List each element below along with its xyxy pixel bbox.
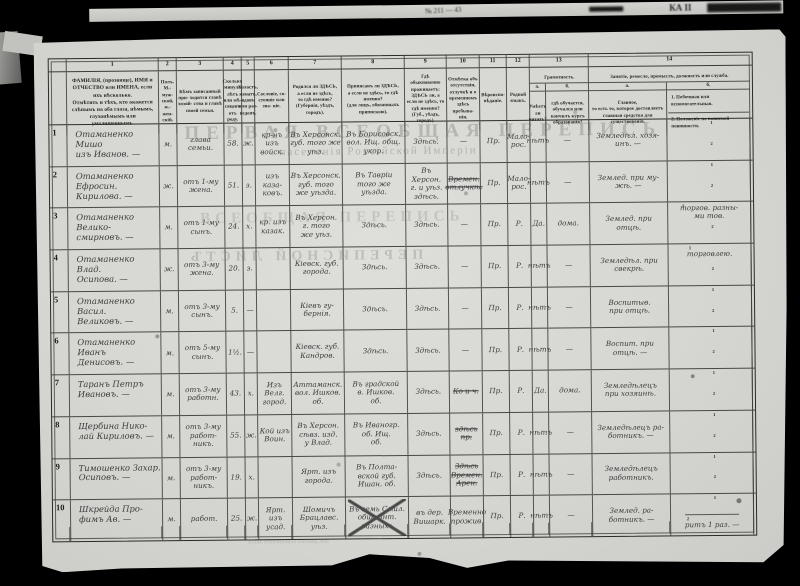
cell-education: дома. xyxy=(547,204,590,245)
cell-occupation-main: Земледѣл. при свекрѣ. xyxy=(590,244,668,285)
cell-religion: Пр. xyxy=(481,204,508,245)
cell-name: Тимошенко Захар. Осиповъ. — xyxy=(71,458,163,500)
row-number: 2 xyxy=(50,167,68,208)
table-row: 4 Отаманенко Влад. Осипова. — ж. отъ 3-м… xyxy=(51,244,754,292)
subcell-label-2: 2 xyxy=(712,266,714,271)
cell-birthplace: Въ Херсонск. губ. того же уѣз. xyxy=(289,123,342,164)
cell-name: Отаманенко Влад. Осипова. — xyxy=(69,249,161,291)
table-row: 1 Отаманенко Мишо изъ Иванов. — м. глава… xyxy=(49,119,752,167)
cell-marital: ж. xyxy=(245,415,258,456)
cell-religion: Пр. xyxy=(482,288,509,329)
cell-age: 51. xyxy=(225,165,243,206)
cell-education: — xyxy=(547,162,590,203)
subcell-label-2: 2 xyxy=(712,308,714,313)
cell-occupation-side: 1 2 xyxy=(670,410,753,451)
cell-occupation-main: Землед. при отцѣ. xyxy=(590,203,668,244)
cell-registration: Въ Борисовск. вол. Ищ. общ. укор. xyxy=(342,122,405,163)
cell-birthplace: Въ Херсон. сѣвз. изд. у Влад. xyxy=(292,414,345,455)
cell-registration: Въ Тавріи того же уѣзда. xyxy=(343,164,406,205)
table-row: 8 Щербина Нико- лай Кириловъ. — м. отъ 3… xyxy=(52,410,755,458)
cell-occupation-side: 1 2 xyxy=(669,285,752,326)
cell-education: — xyxy=(548,329,591,370)
header-literacy-title: Грамотность. xyxy=(530,74,589,85)
cell-occupation-main: Воспитыв. при отцѣ. xyxy=(591,286,669,327)
colnum-12: 12 xyxy=(507,55,530,67)
row-number: 1 xyxy=(49,125,67,166)
row-number: 8 xyxy=(52,417,70,458)
cell-occupation-main: Земледѣлецъ ра- ботникъ. — xyxy=(592,411,670,452)
cell-can-read: нѣтъ xyxy=(531,246,547,287)
cell-estate xyxy=(258,457,292,498)
row-number: 3 xyxy=(50,209,68,250)
cell-occupation-main: Земледѣл. хозя- инъ. — xyxy=(589,119,667,160)
cell-sex: м. xyxy=(162,416,180,457)
table-row: 6 Отаманенко Иванъ Денисовъ. — м. отъ 5-… xyxy=(51,327,754,375)
cell-sex: м. xyxy=(162,374,180,415)
cell-estate xyxy=(257,331,291,372)
side-subcell-1: 1 торгов. разны- ми тов. xyxy=(680,202,738,222)
cell-can-read: нѣтъ xyxy=(532,329,548,370)
strip-mark: КА II xyxy=(669,3,691,13)
subcell-label-2: 2 xyxy=(711,183,713,188)
cell-birthplace: Въ Херсон. г. того же уѣз. xyxy=(290,206,343,247)
cell-age: 55. xyxy=(227,415,245,456)
cell-relation: отъ 3-му сынъ. xyxy=(179,290,226,331)
scanned-census-sheet: № 211 — 43 КА II ПЕРВАЯ ВСЕОБЩАЯ ПЕРЕПИС… xyxy=(0,0,800,586)
ink-blot xyxy=(707,2,781,12)
cell-occupation-side: 1 2 xyxy=(670,369,753,410)
cell-age: 43. xyxy=(227,374,245,415)
cell-can-read: нѣтъ xyxy=(533,454,549,495)
census-page: ПЕРВАЯ ВСЕОБЩАЯ ПЕРЕПИСЬ населенія Россі… xyxy=(33,29,790,572)
subcell-label-2: 2 xyxy=(713,433,715,438)
cell-education: — xyxy=(549,454,592,495)
cell-age: 19. xyxy=(228,457,246,498)
subcell-label-2: 2 xyxy=(712,349,714,354)
subcell-label-2: 2 xyxy=(711,224,713,229)
subcell-label-1: 1 xyxy=(711,162,713,167)
cell-language: Р. xyxy=(510,371,533,412)
cell-registration: Въ Иваногр. об. Ищ. об. xyxy=(345,414,408,455)
table-header: ФАМИЛІЯ, (прозвище), ИМЯ и ОТЧЕСТВО или … xyxy=(49,66,752,126)
row-number: 4 xyxy=(51,250,69,291)
colnum-6: 6 xyxy=(255,57,289,69)
colnum-5: 5 xyxy=(242,57,255,69)
cell-marital: з. xyxy=(243,165,256,206)
cell-registration: Здѣсь. xyxy=(343,205,406,246)
subcell-label-2: 2 xyxy=(714,474,716,479)
cell-sex: ж. xyxy=(160,166,178,207)
cell-education: — xyxy=(546,120,589,161)
cell-age: 20. xyxy=(225,249,243,290)
cell-relation: отъ 3-му работ- никъ. xyxy=(181,457,228,498)
cell-sex: м. xyxy=(161,291,179,332)
census-table: 1 2 3 4 5 6 7 8 9 10 11 12 13 14 xyxy=(48,52,758,543)
table-row: 3 Отаманенко Велико- смирновъ. — м. отъ … xyxy=(50,202,753,250)
cell-sex: м. xyxy=(161,333,179,374)
cell-residence: Здѣсь. xyxy=(407,330,449,371)
table-row: 7 Таранъ Петръ Ивановъ. — м. отъ 3-му ра… xyxy=(52,369,755,417)
strip-scribble: № 211 — 43 xyxy=(425,6,462,16)
row-number: 5 xyxy=(51,292,69,333)
cell-name: Отаманенко Васил. Великовъ. — xyxy=(69,291,161,333)
cell-absence: — xyxy=(448,205,481,246)
cell-marital: з. xyxy=(243,248,256,289)
cell-name: Отаманенко Иванъ Денисовъ. — xyxy=(69,333,161,375)
cell-absence: Времен. отлучкѣ. xyxy=(448,163,481,204)
row-number: 7 xyxy=(52,375,70,416)
cell-birthplace: Въ Херсонск. губ. того же уѣзда. xyxy=(290,164,343,205)
cell-can-read: Да. xyxy=(533,371,549,412)
cell-occupation-main: Воспит. при отцѣ. — xyxy=(591,328,669,369)
cell-residence: Здѣсь. xyxy=(407,288,449,329)
subcell-label-2: 2 xyxy=(710,141,712,146)
cell-birthplace: Кіевск. губ. Кандров. xyxy=(291,331,344,372)
cell-age: 1½. xyxy=(226,332,244,373)
cell-age: 24. xyxy=(225,207,243,248)
cell-registration: Здѣсь. xyxy=(343,247,406,288)
cell-birthplace: Аттаманск. вол. Ишков. об. xyxy=(292,373,345,414)
cell-religion: Пр. xyxy=(481,246,508,287)
cell-education: дома. xyxy=(549,370,592,411)
cell-marital: ж. xyxy=(242,123,255,164)
cell-name: Отаманенко Ефросин. Кирилова. — xyxy=(68,166,160,208)
cell-occupation-side: 1 торговлею. 2 xyxy=(668,244,751,285)
cell-education: — xyxy=(548,287,591,328)
cell-birthplace: Кіевск. губ. города. xyxy=(290,248,343,289)
cell-can-read: нѣтъ xyxy=(532,287,548,328)
cell-absence: — xyxy=(449,288,482,329)
table-row: 2 Отаманенко Ефросин. Кирилова. — ж. отъ… xyxy=(50,160,753,208)
colnum-9: 9 xyxy=(405,56,447,68)
cell-relation: отъ 3-му работ- никъ. xyxy=(180,415,227,456)
cell-residence: Здѣсь. xyxy=(406,247,448,288)
table-row: 5 Отаманенко Васил. Великовъ. — м. отъ 3… xyxy=(51,285,754,333)
cell-religion: Пр. xyxy=(481,163,508,204)
cell-marital: х. xyxy=(245,457,258,498)
cell-absence: — xyxy=(448,246,481,287)
cell-age: 5. xyxy=(226,290,244,331)
colnum-blank xyxy=(49,59,67,71)
cell-sex: ж. xyxy=(161,249,179,290)
cell-registration: Въ градской в. Ишков. об. xyxy=(345,372,408,413)
cell-religion: Пр. xyxy=(483,413,510,454)
table-body: 1 Отаманенко Мишо изъ Иванов. — м. глава… xyxy=(49,119,756,542)
cell-can-read: нѣтъ xyxy=(531,162,547,203)
cell-estate xyxy=(257,290,291,331)
colnum-8: 8 xyxy=(342,56,405,69)
cell-occupation-main: Земледѣлецъ при хозяинѣ. xyxy=(592,370,670,411)
cell-education: — xyxy=(549,412,592,453)
cell-registration: Здѣсь. xyxy=(344,330,407,371)
cell-residence: Здѣсь. xyxy=(408,413,450,454)
cell-marital: х. xyxy=(245,373,258,414)
cell-relation: отъ 1-му жена. xyxy=(178,165,225,206)
cell-side-occupation: торговлею. xyxy=(687,250,732,259)
underlying-page-edge: № 211 — 43 КА II xyxy=(89,0,783,21)
subcell-label-2: 2 xyxy=(713,391,715,396)
cell-sex: м. xyxy=(163,458,181,499)
cell-residence: Въ Херсон. г. и уѣз. здѣсь. xyxy=(406,163,448,204)
cell-name: Таранъ Петръ Ивановъ. — xyxy=(70,374,162,416)
cell-religion: Пр. xyxy=(480,121,507,162)
row-number: 6 xyxy=(51,334,69,375)
colnum-4: 4 xyxy=(224,58,242,70)
cell-absence: здѣсь пр. xyxy=(450,413,483,454)
colnum-2: 2 xyxy=(159,58,177,70)
cell-residence: Здѣсь. xyxy=(408,455,450,496)
cell-registration: Здѣсь. xyxy=(344,289,407,330)
colnum-7: 7 xyxy=(289,57,342,70)
cell-sex: м. xyxy=(160,208,178,249)
subcell-label-1: 1 xyxy=(712,328,714,333)
cell-absence: Здѣсь Времен. Арен. xyxy=(450,455,483,496)
cell-residence: Здѣсь. xyxy=(406,205,448,246)
cell-occupation-side: 1 торгов. разны- ми тов. 2 xyxy=(668,202,751,243)
cell-relation: отъ 1-му сынъ. xyxy=(178,207,225,248)
cell-can-read: нѣтъ xyxy=(533,412,549,453)
cell-estate: кр-нъ изъ войск. xyxy=(255,123,289,164)
subcell-label-1: 1 xyxy=(713,453,715,458)
cell-relation: отъ 5-му сынъ. xyxy=(179,332,226,373)
cell-estate: изъ каза- ковъ. xyxy=(256,165,290,206)
colnum-14: 14 xyxy=(589,53,750,67)
subcell-label-1: 1 xyxy=(710,120,712,125)
cell-name: Отаманенко Велико- смирновъ. — xyxy=(68,208,160,250)
cell-absence: — xyxy=(447,121,480,162)
cell-relation: отъ 3-му жена. xyxy=(179,249,226,290)
cell-occupation-side: 1 2 xyxy=(668,160,751,201)
cell-residence: Здѣсь. xyxy=(408,372,450,413)
row-number: 9 xyxy=(53,459,71,500)
subcell-label-1: 1 xyxy=(689,245,691,250)
cell-absence: Ко и ч. xyxy=(450,371,483,412)
cell-occupation-side: 1 2 xyxy=(667,119,750,160)
subcell-label-1: 1 xyxy=(714,495,716,500)
colnum-10: 10 xyxy=(447,55,480,67)
colnum-3: 3 xyxy=(177,58,224,70)
cell-birthplace: Кіевъ гу- бернія. xyxy=(291,289,344,330)
scan-scene: № 211 — 43 КА II ПЕРВАЯ ВСЕОБЩАЯ ПЕРЕПИС… xyxy=(0,0,800,586)
colnum-11: 11 xyxy=(480,55,507,67)
header-side-1: 1. Побочныя или вспомогательныя. xyxy=(668,91,749,114)
subcell-label-1: 1 xyxy=(712,287,714,292)
cell-birthplace: Ярт. изъ города. xyxy=(292,456,345,497)
cell-language: Р. xyxy=(508,204,531,245)
cell-estate: Кой изъ Воин. xyxy=(258,415,292,456)
cell-occupation-main: Земледѣлецъ работникъ. xyxy=(592,453,670,494)
cell-name: Отаманенко Мишо изъ Иванов. — xyxy=(67,124,159,166)
cell-religion: Пр. xyxy=(483,454,510,495)
colnum-13: 13 xyxy=(530,54,589,67)
table-row: 9 Тимошенко Захар. Осиповъ. — м. отъ 3-м… xyxy=(53,452,756,500)
header-literacy-a: а. xyxy=(530,84,546,92)
cell-relation: глава семьи. xyxy=(177,124,224,165)
cell-marital: — xyxy=(244,290,257,331)
cell-can-read: нѣтъ xyxy=(530,121,546,162)
cell-absence: — xyxy=(449,330,482,371)
cell-estate: кр. изъ казак. xyxy=(256,206,290,247)
cell-religion: Пр. xyxy=(482,329,509,370)
cell-education: — xyxy=(547,245,590,286)
cell-age: 58. xyxy=(224,124,242,165)
cell-estate xyxy=(256,248,290,289)
cell-side-occupation: торгов. разны- ми тов. xyxy=(680,204,738,222)
cell-occupation-side: 1 2 xyxy=(669,327,752,368)
cell-registration: Въ Полта- вской губ. Ишан. об. xyxy=(345,455,408,496)
cell-can-read: Да. xyxy=(531,204,547,245)
cell-religion: Пр. xyxy=(483,371,510,412)
ink-smudge xyxy=(589,6,623,11)
cell-estate: Изъ Велг. город. xyxy=(258,373,292,414)
cell-occupation-main: Землед. при му- жѣ. — xyxy=(590,161,668,202)
side-subcell-1: 1 торговлею. xyxy=(687,244,733,264)
cell-relation: отъ 3-му работн. xyxy=(180,374,227,415)
cell-residence: Здѣсь. xyxy=(405,122,447,163)
cell-sex: м. xyxy=(159,124,177,165)
subcell-label-1: 1 xyxy=(713,370,715,375)
cell-marital: — xyxy=(244,332,257,373)
subcell-label-1: 1 xyxy=(713,412,715,417)
cell-name: Щербина Нико- лай Кириловъ. — xyxy=(70,416,162,458)
subcell-label-1: 1 xyxy=(682,204,684,209)
colnum-1: 1 xyxy=(67,58,159,71)
cell-occupation-side: 1 2 xyxy=(670,452,753,493)
cell-marital: х. xyxy=(243,207,256,248)
